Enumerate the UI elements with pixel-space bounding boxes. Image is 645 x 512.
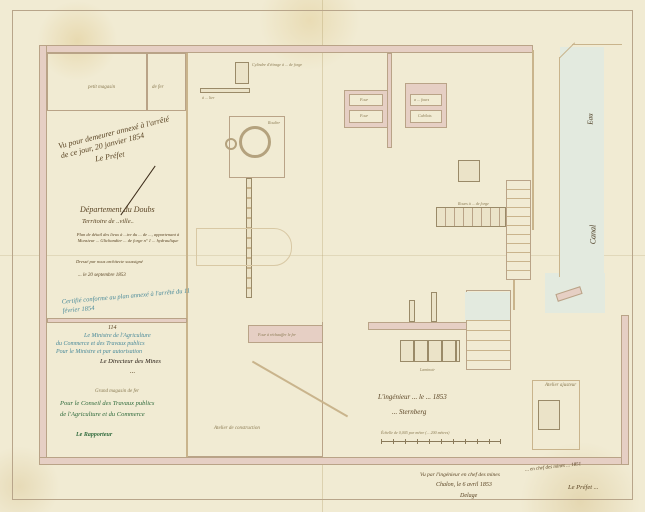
bottom-signature-left: Vu par l'ingénieur en chef des mines	[420, 472, 500, 478]
annotation-ministry-line1: Le Ministre de l'Agriculture	[84, 333, 151, 339]
machinery-label-crank: à ... lier	[202, 95, 215, 100]
annotation-ministry-line4: Le Directeur des Mines	[100, 358, 161, 365]
rolling-mill-label: Laminoir	[420, 367, 435, 372]
scale-tick	[477, 439, 478, 444]
scale-tick	[417, 439, 418, 444]
mill-gearing	[436, 207, 506, 227]
title-territory: Territoire de ..ville..	[82, 218, 134, 225]
river-label-upper: Eau	[587, 113, 595, 124]
title-note: Dressé par nous architecte soussigné	[76, 259, 143, 264]
annotation-ministry-signature: ...	[130, 367, 135, 375]
room-de-fer	[147, 53, 186, 111]
scale-tick	[429, 439, 430, 444]
river-label-lower: Canal	[588, 225, 597, 245]
bottom-signature-left-name: Delage	[460, 493, 477, 499]
title-description: Plan de détail des lieux à ...ire du ...…	[72, 232, 184, 244]
scale-label: Échelle de 0,005 par mètre (... 200 mètr…	[381, 430, 449, 435]
river-bank-top	[572, 44, 622, 45]
room-label-wheel: Roulier	[268, 120, 280, 125]
rolling-mill-pinion-a	[409, 300, 415, 322]
furnace-label-b1: a ... fours	[414, 97, 429, 102]
rolling-mill-stands	[400, 340, 460, 362]
flue-channel	[387, 53, 392, 148]
crank-shaft	[200, 88, 250, 93]
room-label-grand-magasin: Grand magasin de fer	[95, 389, 139, 394]
scale-tick	[465, 439, 466, 444]
water-wheel-icon	[239, 126, 271, 158]
building-wall-bottom	[39, 457, 629, 465]
furnace-label-a2: Four	[360, 113, 368, 118]
title-department: Département du Doubs	[80, 205, 155, 214]
scale-tick	[393, 439, 394, 444]
rolling-mill-pinion-b	[431, 292, 437, 322]
small-gear-icon	[225, 138, 237, 150]
room-label-petit-magasin: petit magasin	[88, 85, 115, 90]
mill-small-block	[458, 160, 480, 182]
room-label-atelier-ajusteur: Atelier ajusteur	[545, 383, 576, 388]
building-wall-left	[39, 45, 47, 465]
annotation-council-line2: de l'Agriculture et du Commerce	[60, 411, 145, 418]
room-label-furnace: Four à réchauffer le fer	[258, 332, 296, 337]
annotation-number: 114	[108, 325, 117, 331]
annotation-council-line3: Le Rapporteur	[76, 432, 112, 438]
scale-tick	[381, 439, 382, 444]
building-wall-right-lower	[621, 315, 629, 465]
furnace-label-b2: Cubilots	[418, 113, 432, 118]
scale-tick	[500, 439, 501, 444]
building-wall-right-upper	[532, 50, 534, 230]
scale-tick	[441, 439, 442, 444]
room-label-de-fer: de fer	[152, 85, 164, 90]
annotation-ministry-line3: Pour le Ministre et par autorisation	[56, 349, 142, 355]
shaft-housing-outline	[196, 228, 292, 266]
engineer-note-line1: L'ingénieur ... le ... 1853	[378, 393, 447, 401]
river-bank-left	[559, 57, 560, 277]
machinery-label-top: Cylindre d'étirage à ... de forge	[252, 62, 302, 67]
scale-tick	[453, 439, 454, 444]
annotation-ministry-line2: du Commerce et des Travaux publics	[56, 341, 145, 347]
tailrace	[465, 292, 510, 320]
bottom-signature-right-name: Le Préfet ...	[568, 484, 599, 491]
annotation-council-line1: Pour le Conseil des Travaux publics	[60, 400, 154, 407]
mill-stairs	[506, 180, 531, 280]
scale-tick	[489, 439, 490, 444]
furnace-label-a1: Four	[360, 97, 368, 102]
scale-tick	[405, 439, 406, 444]
paper-sheet: Eau Canal petit magasin de fer Vu pour d…	[0, 0, 645, 512]
bottom-signature-left-date: Chalon, le 6 avril 1853	[436, 482, 492, 488]
lathe-machine	[538, 400, 560, 430]
rolling-mill-shaft	[368, 322, 468, 330]
engineer-note-line2: ... Sternberg	[392, 408, 426, 416]
room-label-atelier-construction: Atelier de construction	[214, 426, 260, 431]
building-wall-top	[39, 45, 533, 53]
interior-wall-divider	[47, 318, 187, 323]
mill-label: Roues à ... de forge	[458, 201, 489, 206]
drawing-cylinder	[235, 62, 249, 84]
river-channel	[560, 47, 604, 273]
title-date: ... le 20 septembre 1853	[78, 273, 126, 278]
room-petit-magasin	[47, 53, 147, 111]
